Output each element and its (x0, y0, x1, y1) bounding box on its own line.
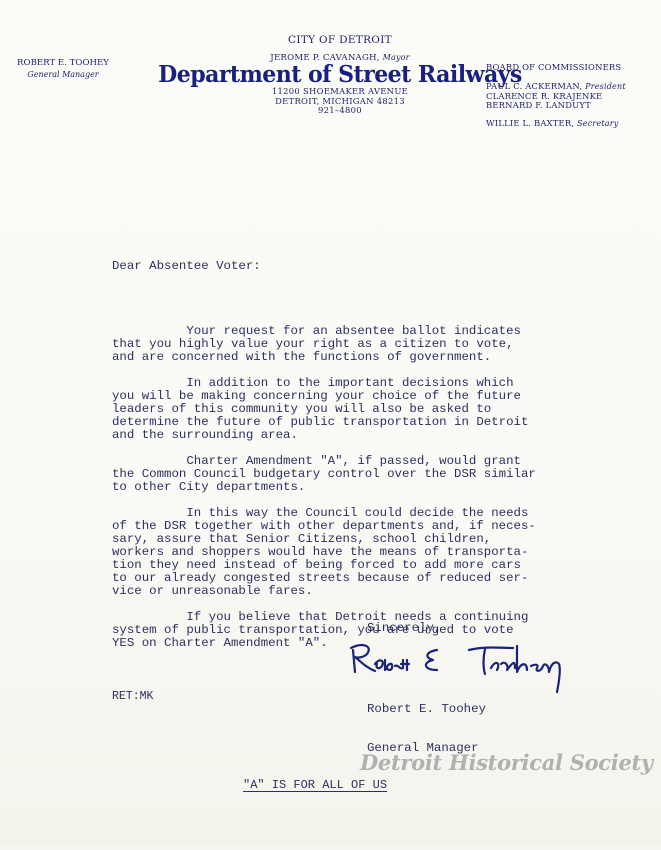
paragraphs: Your request for an absentee ballot indi… (112, 325, 582, 650)
secretary-name: WILLIE L. BAXTER, (486, 118, 574, 128)
signer-name: Robert E. Toohey (367, 703, 486, 716)
typist-initials: RET:MK (112, 690, 153, 703)
letterhead-center: CITY OF DETROIT JEROME P. CAVANAGH, Mayo… (150, 34, 530, 116)
city-name: CITY OF DETROIT (150, 34, 530, 46)
paragraph-line: and are concerned with the functions of … (112, 351, 582, 364)
letterhead-general-manager: ROBERT E. TOOHEY General Manager (8, 58, 118, 80)
letter-body: Dear Absentee Voter: Your request for an… (112, 234, 582, 676)
letter-page: ROBERT E. TOOHEY General Manager CITY OF… (0, 0, 661, 845)
salutation: Dear Absentee Voter: (112, 260, 582, 273)
member-name: PAUL C. ACKERMAN, (486, 81, 582, 91)
paragraph-line: to other City departments. (112, 481, 582, 494)
member-role: President (585, 82, 626, 91)
paragraph-line: vice or unreasonable fares. (112, 585, 582, 598)
board-member: BERNARD F. LANDUYT (486, 101, 661, 111)
department-name: Department of Street Railways (158, 62, 523, 87)
letter-paragraph: Charter Amendment "A", if passed, would … (112, 455, 582, 494)
secretary-role: Secretary (577, 119, 618, 128)
general-manager-title: General Manager (8, 69, 118, 80)
member-name: CLARENCE R. KRAJENKE (486, 91, 602, 101)
paragraph-line: and the surrounding area. (112, 429, 582, 442)
board-of-commissioners: BOARD OF COMMISSIONERS PAUL C. ACKERMAN,… (486, 63, 661, 129)
secretary: WILLIE L. BAXTER, Secretary (486, 119, 661, 129)
slogan: "A" IS FOR ALL OF US (243, 778, 387, 792)
closing: Sincerely, (367, 622, 441, 635)
phone-number: 921–4800 (150, 106, 530, 116)
general-manager-name: ROBERT E. TOOHEY (8, 58, 118, 69)
watermark: Detroit Historical Society (360, 750, 653, 775)
board-heading: BOARD OF COMMISSIONERS (486, 63, 661, 73)
letter-paragraph: Your request for an absentee ballot indi… (112, 325, 582, 364)
member-name: BERNARD F. LANDUYT (486, 100, 591, 110)
letter-paragraph: In addition to the important decisions w… (112, 377, 582, 442)
letter-paragraph: In this way the Council could decide the… (112, 507, 582, 598)
